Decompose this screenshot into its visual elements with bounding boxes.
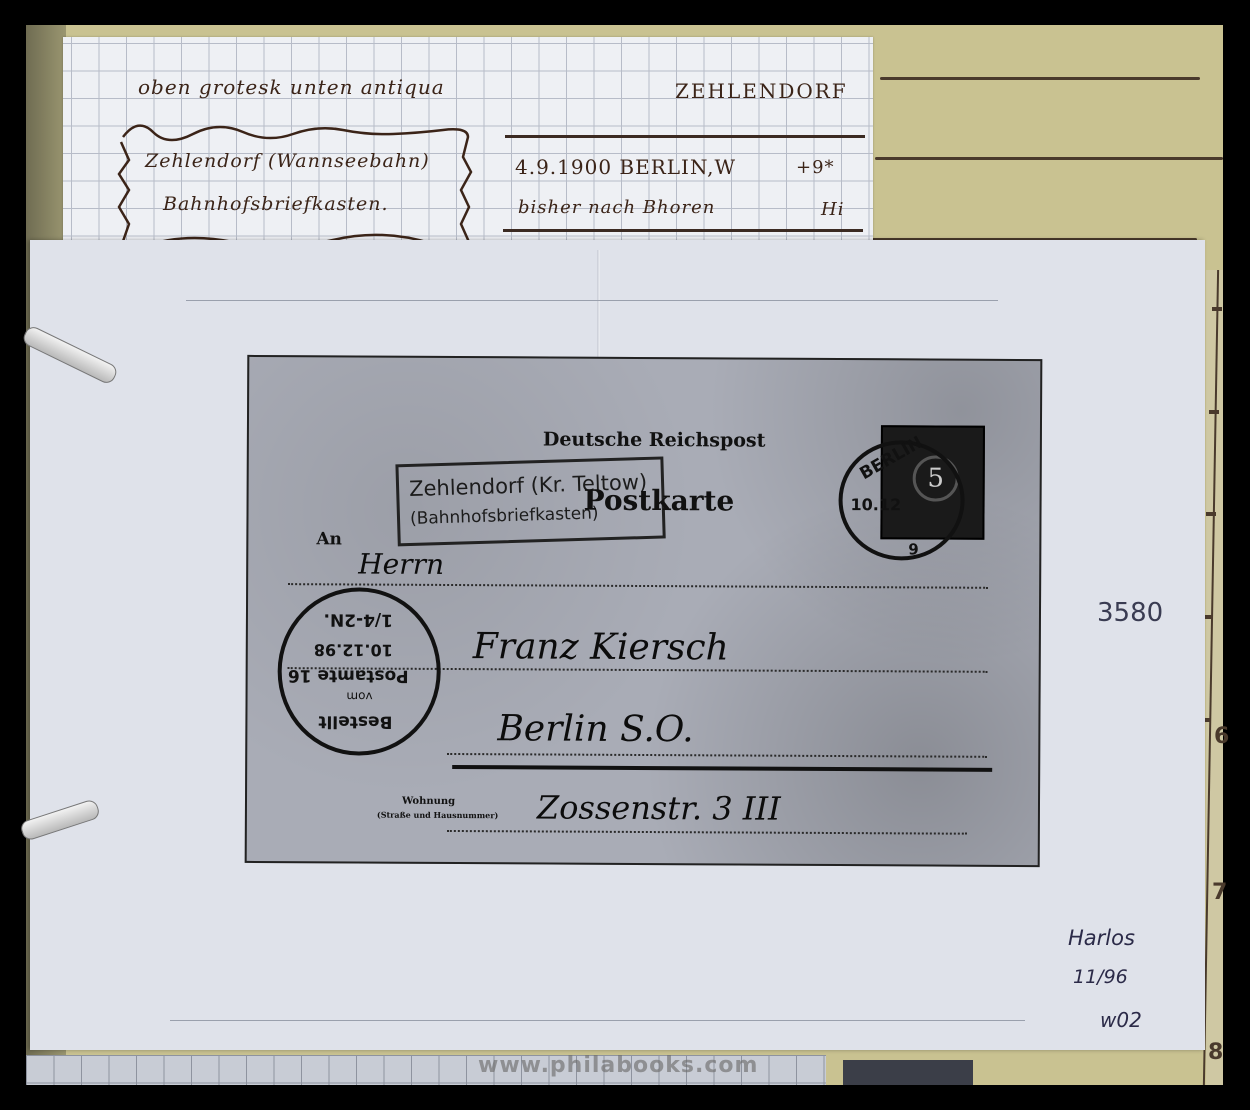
salutation: Herrn bbox=[358, 548, 444, 581]
ruler-tick bbox=[1206, 512, 1216, 516]
street-address: Zossenstr. 3 III bbox=[537, 788, 781, 827]
postmark-number: 9 bbox=[908, 540, 919, 558]
source-code: w02 bbox=[1100, 1008, 1142, 1032]
residence-sublabel: (Straße und Hausnummer) bbox=[377, 810, 498, 821]
cancel-entry-mark: +9* bbox=[796, 157, 835, 178]
source-date: 11/96 bbox=[1073, 966, 1128, 988]
card-rule-bottom bbox=[503, 229, 863, 232]
usage-entry-mark: Hi bbox=[821, 199, 844, 220]
arrival-delivered: Bestellt bbox=[318, 711, 392, 731]
boxed-note-line-1: Zehlendorf (Wannseebahn) bbox=[145, 150, 430, 172]
album-rule-1 bbox=[880, 77, 1200, 80]
city-underline bbox=[452, 765, 992, 772]
ruler-number-6: 6 bbox=[1214, 724, 1229, 749]
sheet-rule-bottom bbox=[170, 1020, 1025, 1021]
arrival-date: 10.12.98 bbox=[314, 640, 393, 659]
watermark: www.philabooks.com bbox=[478, 1053, 758, 1078]
arrival-time: 1/4-2N. bbox=[323, 609, 393, 629]
ruler-tick bbox=[1209, 410, 1219, 414]
postmark-date: 10.12 bbox=[851, 495, 902, 514]
postcard-title: Postkarte bbox=[583, 484, 734, 518]
sheet-rule-top bbox=[186, 300, 998, 301]
destination-city: Berlin S.O. bbox=[497, 708, 694, 750]
ruler-number-7: 7 bbox=[1212, 880, 1227, 905]
arrival-office: Postamte 16 bbox=[288, 665, 409, 686]
wavy-frame bbox=[113, 112, 473, 252]
postcard-photocopy: Deutsche Reichspost Zehlendorf (Kr. Telt… bbox=[245, 355, 1043, 867]
arrival-postmark-text: 1/4-2N. 10.12.98 Postamte 16 vom Bestell… bbox=[277, 587, 433, 748]
address-line-4 bbox=[447, 830, 967, 835]
cancel-entry-line: 4.9.1900 BERLIN,W bbox=[515, 155, 736, 179]
arrival-from: vom bbox=[346, 689, 372, 703]
address-line-3 bbox=[447, 753, 987, 758]
ruler-number-8: 8 bbox=[1208, 1040, 1223, 1065]
boxed-cancel-line-2: (Bahnhofsbriefkasten) bbox=[410, 503, 599, 529]
boxed-note-line-2: Bahnhofsbriefkasten. bbox=[163, 193, 389, 215]
postcard-header: Deutsche Reichspost bbox=[543, 428, 766, 451]
album-rule-2 bbox=[875, 157, 1223, 160]
note-font-remark: oben grotesk unten antiqua bbox=[138, 75, 445, 99]
address-label: An bbox=[316, 529, 342, 549]
underlying-dark-sheet bbox=[843, 1060, 973, 1085]
catalog-number: 3580 bbox=[1097, 598, 1163, 628]
card-rule-top bbox=[505, 135, 865, 138]
residence-label: Wohnung bbox=[402, 796, 455, 807]
grid-note-card: oben grotesk unten antiqua ZEHLENDORF Ze… bbox=[63, 37, 873, 252]
ruler-tick bbox=[1212, 307, 1222, 311]
source-name: Harlos bbox=[1068, 926, 1135, 950]
usage-entry-line: bisher nach Bhoren bbox=[518, 197, 715, 218]
note-town-title: ZEHLENDORF bbox=[675, 79, 848, 103]
recipient-name: Franz Kiersch bbox=[473, 626, 729, 668]
